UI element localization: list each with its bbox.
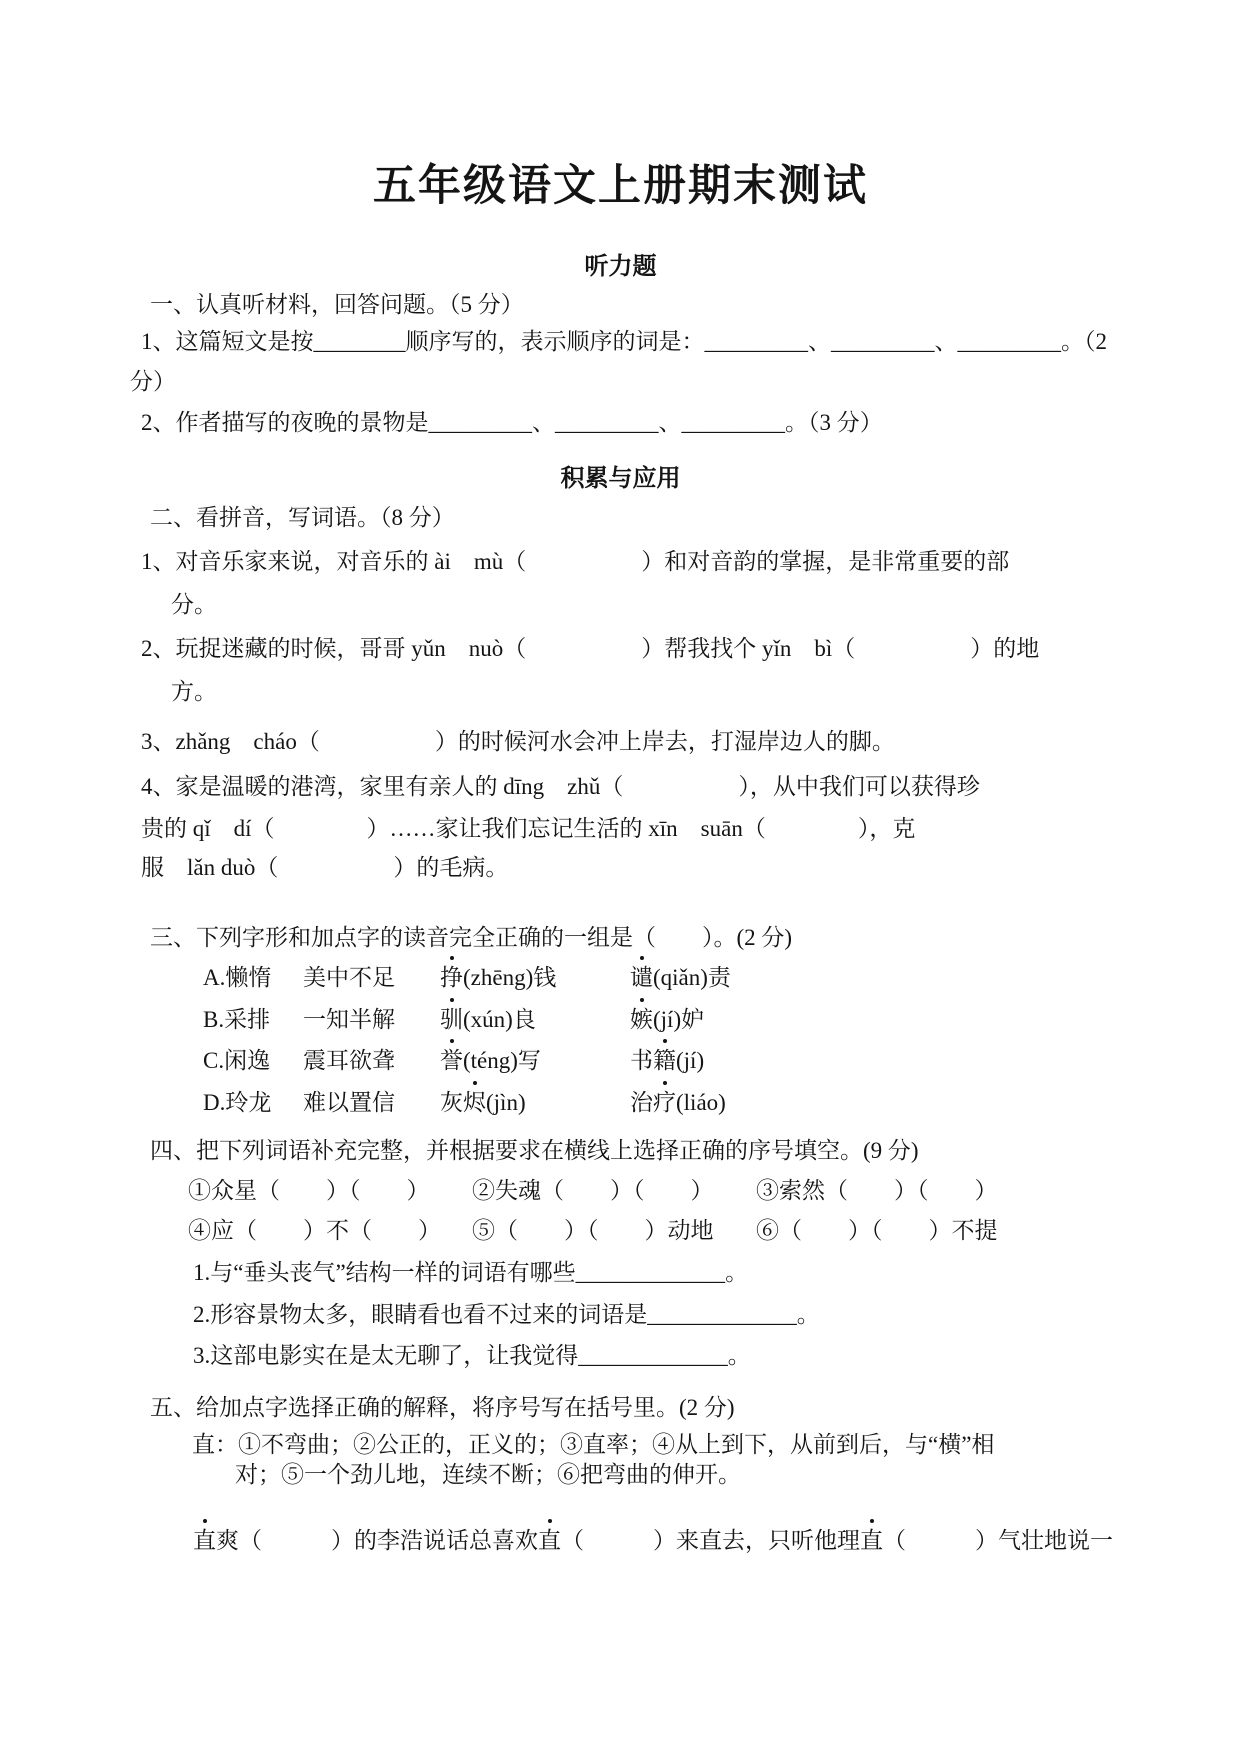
- section5-definitions-line2: 对；⑤一个劲儿地，连续不断；⑥把弯曲的伸开。: [235, 1462, 741, 1488]
- option-d-col1: D.玲龙: [203, 1090, 271, 1116]
- listening-q1-line1: 1、这篇短文是按________顺序写的，表示顺序的词是：_________、_…: [141, 329, 1107, 355]
- option-c-col3: 誉(téng)写: [440, 1048, 541, 1074]
- option-b-col2: 一知半解: [303, 1007, 395, 1033]
- page-title: 五年级语文上册期末测试: [0, 152, 1241, 213]
- option-c-col2: 震耳欲聋: [303, 1048, 395, 1074]
- idiom-5: ⑤（ ）（ ）动地: [472, 1218, 714, 1244]
- exam-page: 五年级语文上册期末测试 听力题 一、认真听材料，回答问题。（5 分） 1、这篇短…: [0, 0, 1241, 1754]
- idiom-1: ①众星（ ）（ ）: [188, 1178, 430, 1204]
- section2-intro: 二、看拼音，写词语。（8 分）: [150, 505, 455, 531]
- option-row-b: B.采排 一知半解 驯(xún)良 嫉(jí)妒: [0, 1007, 1241, 1035]
- option-d-col3: 灰烬(jìn): [440, 1090, 526, 1116]
- section5-fill-sentence: 直爽（ ）的李浩说话总喜欢直（ ）来直去，只听他理直（ ）气壮地说一: [193, 1528, 1113, 1554]
- listening-q2: 2、作者描写的夜晚的景物是_________、_________、_______…: [141, 410, 883, 436]
- option-b-col4: 嫉(jí)妒: [630, 1007, 704, 1033]
- option-a-col3: 挣(zhēng)钱: [440, 965, 556, 991]
- section4-idioms-row1: ①众星（ ）（ ） ②失魂（ ）（ ） ③索然（ ）（ ）: [0, 1178, 1241, 1206]
- section2-q2-line2: 方。: [171, 679, 217, 705]
- listening-q1-line2: 分）: [130, 369, 176, 395]
- option-row-d: D.玲龙 难以置信 灰烬(jìn) 治疗(liáo): [0, 1090, 1241, 1118]
- option-d-col4: 治疗(liáo): [630, 1090, 726, 1116]
- idiom-2: ②失魂（ ）（ ）: [472, 1178, 714, 1204]
- section2-q4-line2: 贵的 qǐ dí（ ）……家让我们忘记生活的 xīn suān（ ），克: [141, 816, 915, 842]
- option-a-col4: 谴(qiǎn)责: [630, 965, 731, 991]
- option-c-col4: 书籍(jí): [630, 1048, 704, 1074]
- section3-intro: 三、下列字形和加点字的读音完全正确的一组是（ ）。(2 分): [150, 925, 792, 951]
- option-row-c: C.闲逸 震耳欲聋 誉(téng)写 书籍(jí): [0, 1048, 1241, 1076]
- section4-q2: 2.形容景物太多，眼睛看也看不过来的词语是_____________。: [193, 1302, 820, 1328]
- idiom-4: ④应（ ）不（ ）: [188, 1218, 441, 1244]
- section4-idioms-row2: ④应（ ）不（ ） ⑤（ ）（ ）动地 ⑥（ ）（ ）不提: [0, 1218, 1241, 1246]
- option-c-col1: C.闲逸: [203, 1048, 270, 1074]
- section4-q1: 1.与“垂头丧气”结构一样的词语有哪些_____________。: [193, 1260, 748, 1286]
- section2-q4-line1: 4、家是温暖的港湾，家里有亲人的 dīng zhǔ（ ），从中我们可以获得珍: [141, 774, 980, 800]
- section2-q4-line3: 服 lǎn duò（ ）的毛病。: [141, 855, 508, 881]
- section2-q1-line2: 分。: [171, 592, 217, 618]
- section2-q2-line1: 2、玩捉迷藏的时候，哥哥 yǔn nuò（ ）帮我找个 yǐn bì（ ）的地: [141, 636, 1039, 662]
- option-row-a: A.懒惰 美中不足 挣(zhēng)钱 谴(qiǎn)责: [0, 965, 1241, 993]
- section5-intro: 五、给加点字选择正确的解释，将序号写在括号里。(2 分): [150, 1395, 735, 1421]
- section4-q3: 3.这部电影实在是太无聊了，让我觉得_____________。: [193, 1343, 751, 1369]
- option-b-col3: 驯(xún)良: [440, 1007, 536, 1033]
- section-header-listening: 听力题: [0, 246, 1241, 281]
- section2-q1-line1: 1、对音乐家来说，对音乐的 ài mù（ ）和对音韵的掌握，是非常重要的部: [141, 549, 1009, 575]
- section4-intro: 四、把下列词语补充完整，并根据要求在横线上选择正确的序号填空。(9 分): [150, 1138, 919, 1164]
- listening-intro: 一、认真听材料，回答问题。（5 分）: [150, 292, 524, 318]
- idiom-3: ③索然（ ）（ ）: [756, 1178, 998, 1204]
- section2-q3: 3、zhǎng cháo（ ）的时候河水会冲上岸去，打湿岸边人的脚。: [141, 729, 895, 755]
- section-header-accumulation: 积累与应用: [0, 458, 1241, 493]
- section5-definitions-line1: 直：①不弯曲；②公正的，正义的；③直率；④从上到下，从前到后，与“横”相: [192, 1432, 994, 1458]
- option-a-col1: A.懒惰: [203, 965, 271, 991]
- idiom-6: ⑥（ ）（ ）不提: [756, 1218, 998, 1244]
- option-d-col2: 难以置信: [303, 1090, 395, 1116]
- option-a-col2: 美中不足: [303, 965, 395, 991]
- option-b-col1: B.采排: [203, 1007, 270, 1033]
